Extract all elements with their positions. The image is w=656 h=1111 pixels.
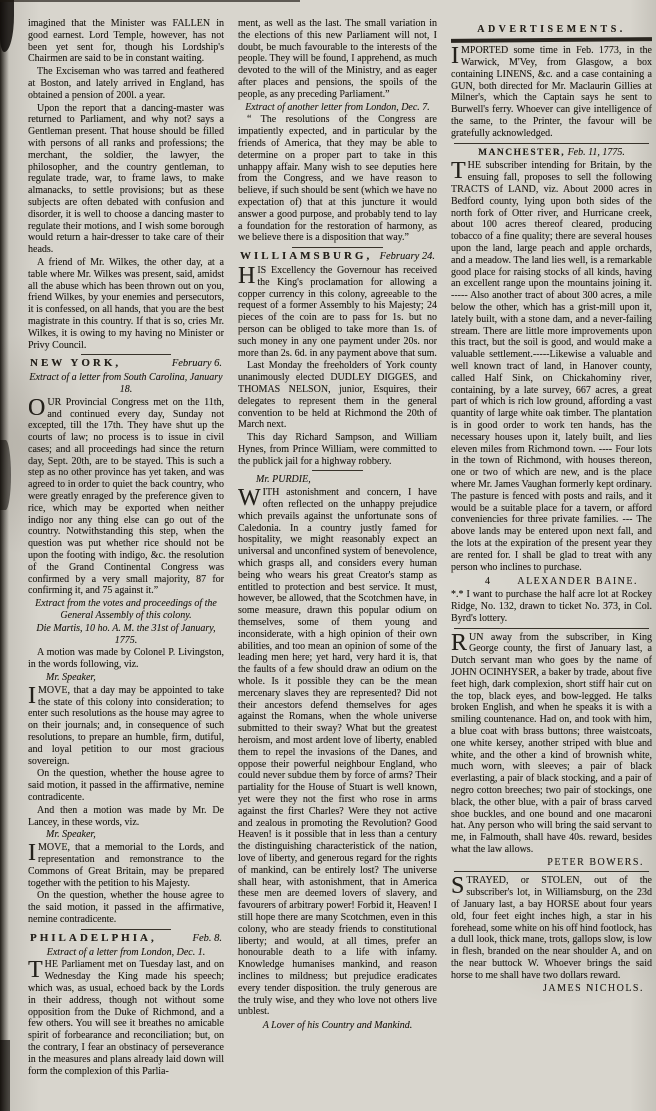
news-paragraph: On the question, whether the house agree… [28, 768, 224, 803]
ad-paragraph: THE subscriber intending for Britain, by… [451, 160, 652, 573]
ink-blot-bottom-left [0, 1040, 10, 1111]
paragraph-text: IS Excellency the Governour has received… [238, 265, 437, 359]
section-divider [81, 354, 171, 355]
paragraph-text: MOVE, that a memorial to the Lords, and … [28, 842, 224, 888]
news-paragraph: Last Monday the freeholders of York coun… [238, 360, 437, 431]
dateline-date: Feb. 11, 1775. [568, 147, 625, 158]
header-rule [451, 37, 652, 42]
section-divider [312, 470, 364, 471]
dateline-city: PHILADELPHIA, [30, 933, 157, 945]
paragraph-text: UN away from the subscriber, in King Geo… [451, 632, 652, 855]
news-paragraph: IMOVE, that a day may be appointed to ta… [28, 685, 224, 768]
speaker-line: Mr. Speaker, [28, 829, 224, 841]
column-layout: imagined that the Minister was FALLEN in… [28, 18, 652, 1106]
paragraph-text: TRAYED, or STOLEN, out of the subscriber… [451, 875, 652, 980]
dateline-city: NEW YORK, [30, 358, 121, 370]
speaker-line: Mr. Speaker, [28, 672, 224, 684]
news-paragraph: A motion was made by Colonel P. Livingst… [28, 647, 224, 671]
section-divider [81, 929, 171, 930]
ad-divider [454, 628, 649, 629]
paragraph-text: HE Parliament met on Tuesday last, and o… [28, 959, 224, 1076]
extract-byline: Extract from the votes and proceedings o… [28, 598, 224, 622]
drop-cap: I [28, 842, 38, 863]
letter-byline: Extract of a letter from South Carolina,… [28, 372, 224, 396]
dateline-philadelphia: PHILADELPHIA, Feb. 8. [30, 933, 222, 945]
drop-cap: W [238, 487, 263, 508]
ad-number: 4 [485, 576, 490, 588]
scan-edge-top [0, 0, 300, 2]
dateline-city: WILLIAMSBURG, [240, 251, 372, 263]
news-paragraph: “ The resolutions of the Congress are im… [238, 114, 437, 244]
paragraph-text: HE subscriber intending for Britain, by … [451, 160, 652, 572]
advertisements-header: ADVERTISEMENTS. [451, 24, 652, 36]
section-divider [292, 247, 384, 248]
ink-blot-top-left [0, 0, 14, 52]
column-1: imagined that the Minister was FALLEN in… [28, 18, 224, 1106]
news-paragraph: OUR Provincial Congress met on the 11th,… [28, 397, 224, 598]
news-paragraph: THE Parliament met on Tuesday last, and … [28, 959, 224, 1077]
drop-cap: S [451, 875, 466, 896]
drop-cap: T [451, 160, 468, 181]
news-paragraph: The Exciseman who was tarred and feather… [28, 66, 224, 101]
dateline-city: MANCHESTER, [478, 148, 565, 158]
ad-paragraph: STRAYED, or STOLEN, out of the subscribe… [451, 875, 652, 981]
news-paragraph: imagined that the Minister was FALLEN in… [28, 18, 224, 65]
letter-signature: A Lover of his Country and Mankind. [238, 1020, 437, 1032]
ad-divider [454, 143, 649, 144]
news-paragraph: HIS Excellency the Governour has receive… [238, 265, 437, 359]
ad-signer: ALEXANDER BAINE. [517, 576, 638, 588]
paragraph-text: UR Provincial Congress met on the 11th, … [28, 397, 224, 597]
paragraph-text: ITH astonishment and concern, I have oft… [238, 487, 437, 1017]
news-paragraph: IMOVE, that a memorial to the Lords, and… [28, 842, 224, 889]
drop-cap: H [238, 265, 257, 286]
letter-salutation: Mr. PURDIE, [238, 474, 437, 486]
ad-dateline-manchester: MANCHESTER, Feb. 11, 1775. [451, 147, 652, 160]
ad-note: *.* I want to purchase the half acre lot… [451, 589, 652, 624]
extract-byline: Die Martis, 10 ho. A. M. the 31st of Jan… [28, 623, 224, 647]
news-paragraph: And then a motion was made by Mr. De Lan… [28, 805, 224, 829]
drop-cap: O [28, 397, 47, 418]
dateline-new-york: NEW YORK, February 6. [30, 358, 222, 370]
ink-blot-mid-left [0, 440, 11, 510]
news-paragraph: This day Richard Sampson, and William Hy… [238, 432, 437, 467]
column-3: ADVERTISEMENTS. IMPORTED some time in Fe… [451, 18, 652, 1106]
drop-cap: I [28, 685, 38, 706]
dateline-williamsburg: WILLIAMSBURG, February 24. [240, 251, 435, 263]
news-paragraph: Upon the report that a dancing-master wa… [28, 103, 224, 256]
dateline-date: February 24. [380, 251, 435, 263]
column-2: ment, as well as the last. The small var… [238, 18, 437, 1106]
news-paragraph: WITH astonishment and concern, I have of… [238, 487, 437, 1018]
dateline-date: Feb. 8. [193, 933, 222, 945]
ad-paragraph: IMPORTED some time in Feb. 1773, in the … [451, 45, 652, 139]
drop-cap: T [28, 959, 45, 980]
ad-signature: JAMES NICHOLS. [451, 983, 652, 995]
news-paragraph: ment, as well as the last. The small var… [238, 18, 437, 101]
ad-paragraph: RUN away from the subscriber, in King Ge… [451, 632, 652, 856]
drop-cap: R [451, 632, 469, 653]
scan-edge-left [0, 0, 9, 1111]
paragraph-text: MPORTED some time in Feb. 1773, in the W… [451, 45, 652, 139]
paragraph-text: MOVE, that a day may be appointed to tak… [28, 685, 224, 767]
news-paragraph: A friend of Mr. Wilkes, the other day, a… [28, 257, 224, 351]
ad-signature: 4 ALEXANDER BAINE. [451, 574, 652, 588]
drop-cap: I [451, 45, 461, 66]
news-paragraph: On the question, whether the house agree… [28, 890, 224, 925]
newspaper-page: imagined that the Minister was FALLEN in… [0, 0, 656, 1111]
dateline-date: February 6. [172, 358, 222, 370]
ad-divider [454, 871, 649, 872]
ad-signature: PETER BOWERS. [451, 857, 652, 869]
extract-byline: Extract of another letter from London, D… [238, 102, 437, 114]
letter-byline: Extract of a letter from London, Dec. 1. [28, 947, 224, 959]
